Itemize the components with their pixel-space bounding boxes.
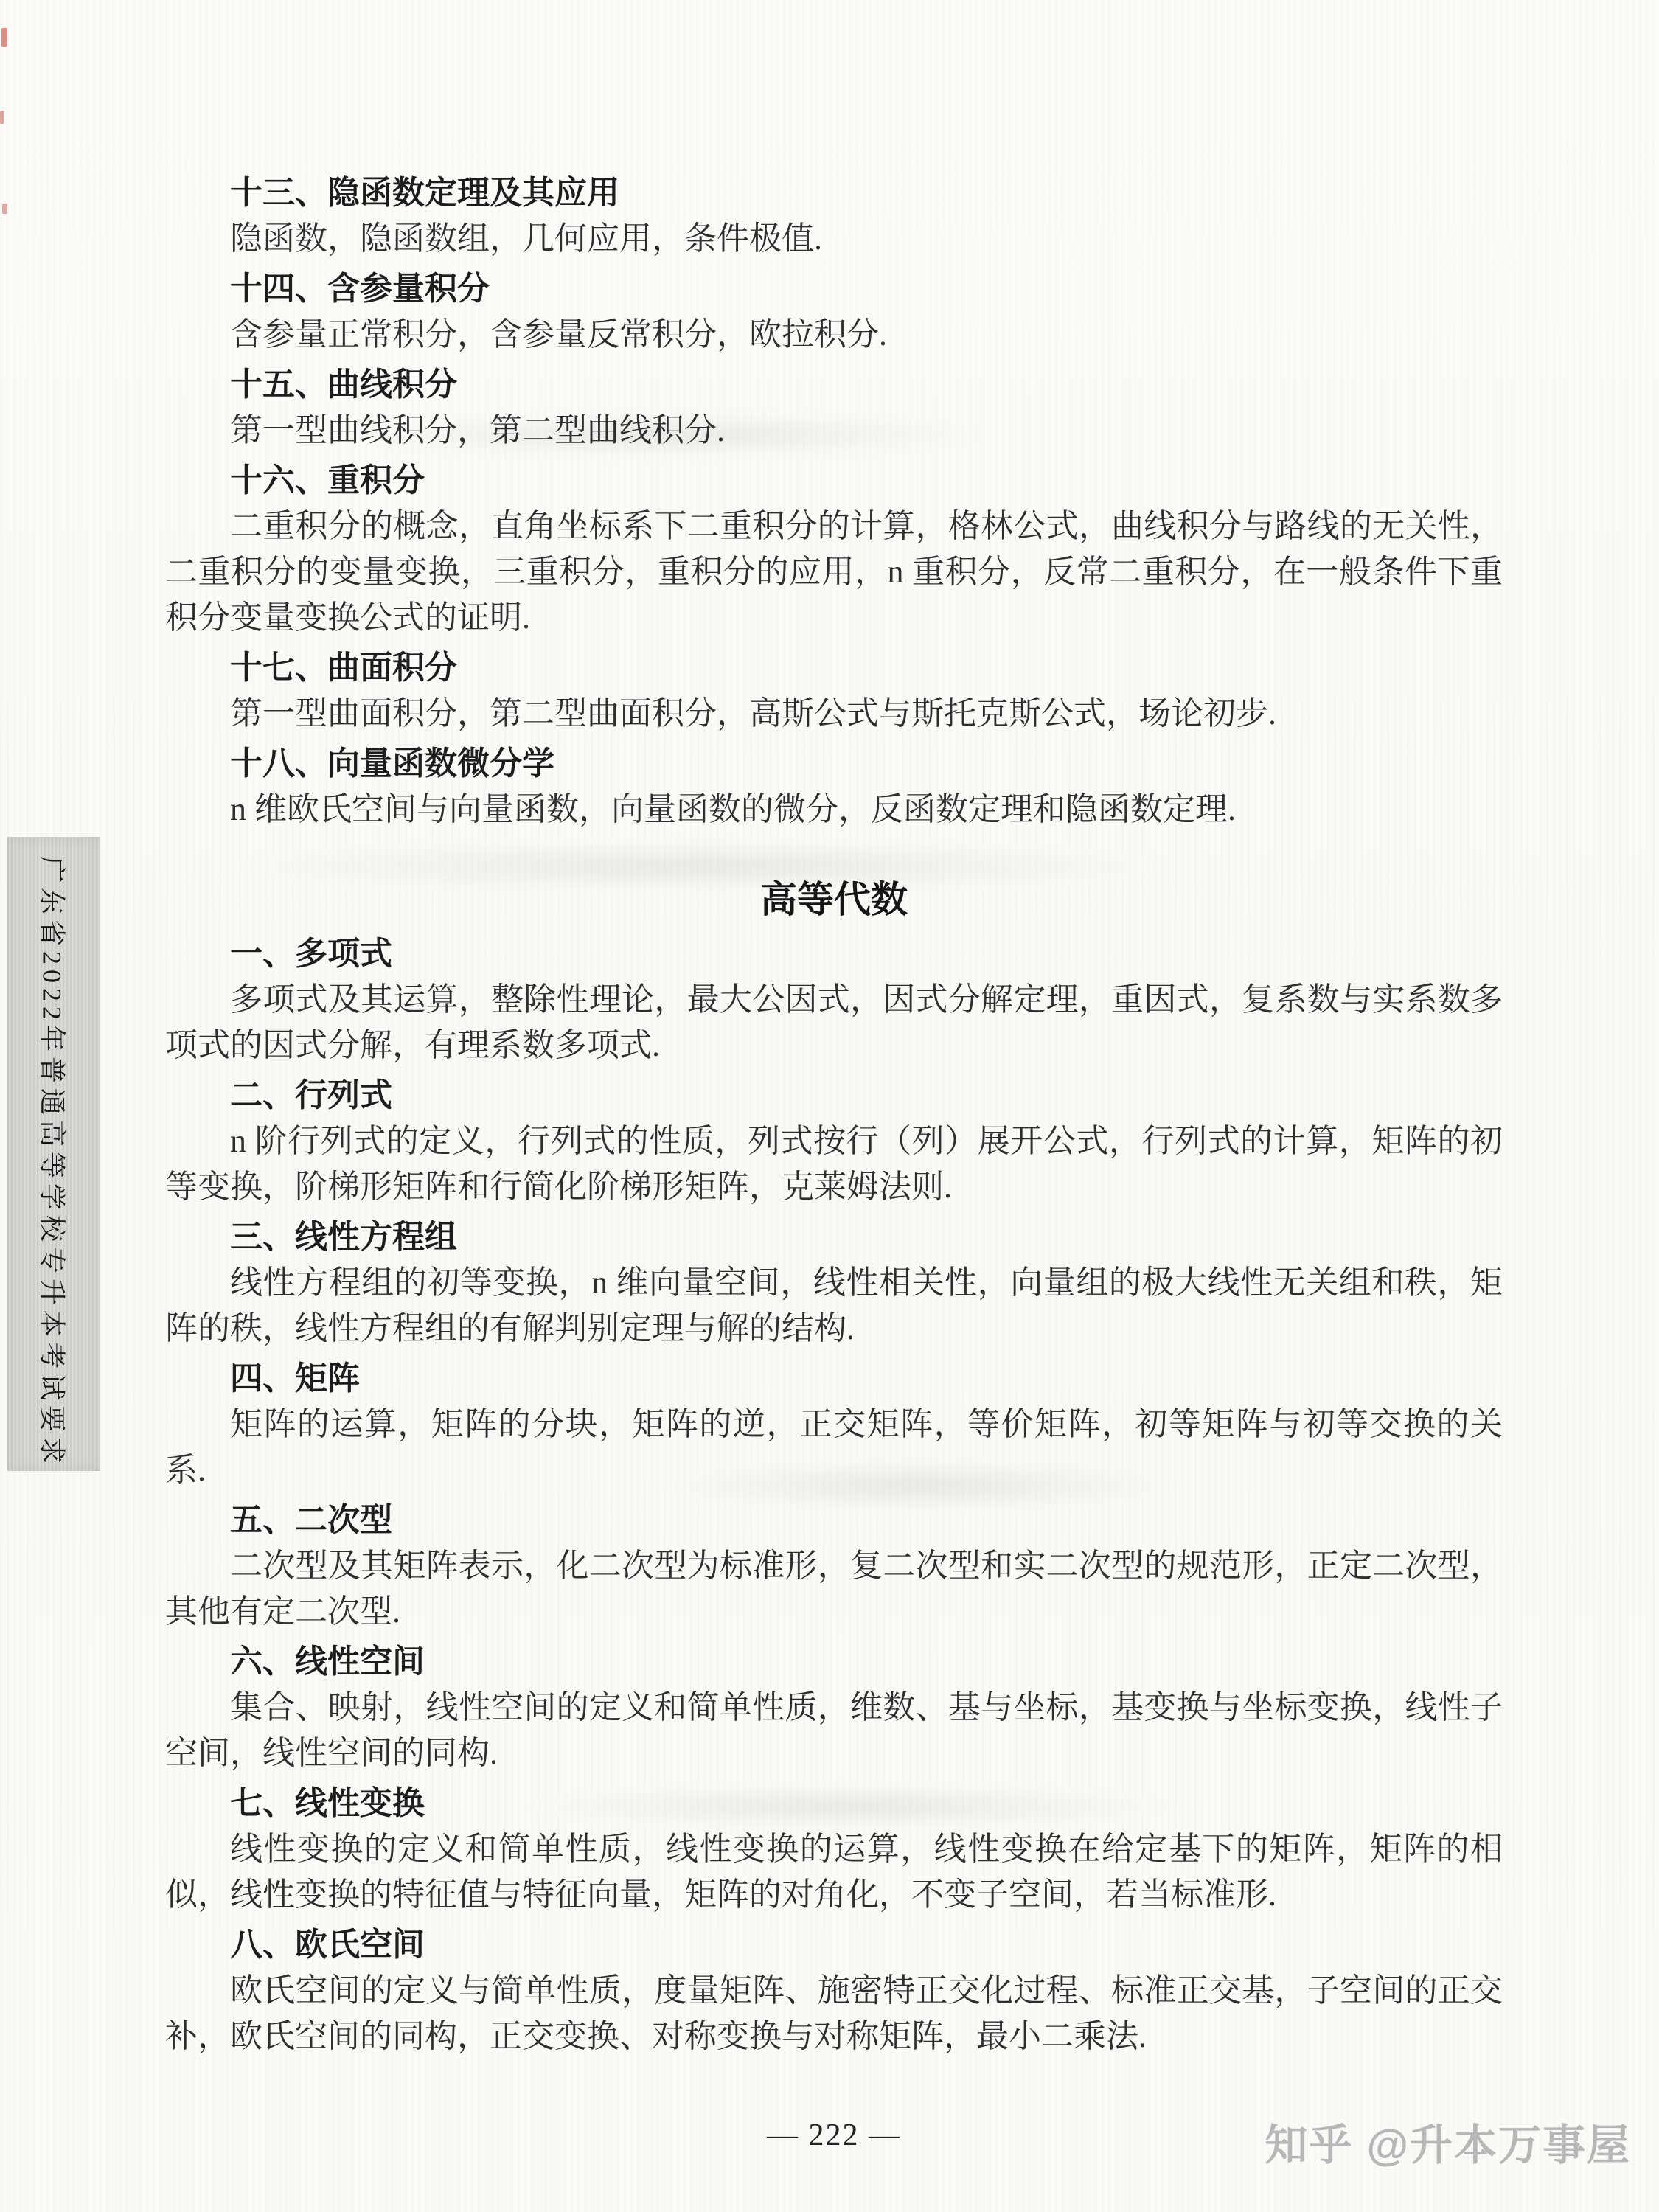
algebra-section-1: 一、多项式 多项式及其运算，整除性理论，最大公因式，因式分解定理，重因式，复系数… — [165, 931, 1503, 1068]
scanned-document-page: 广东省2022年普通高等学校专升本考试要求 十三、隐函数定理及其应用 隐函数，隐… — [0, 0, 1659, 2212]
algebra-section-8: 八、欧氏空间 欧氏空间的定义与简单性质，度量矩阵、施密特正交化过程、标准正交基，… — [165, 1922, 1503, 2059]
section-heading: 六、线性空间 — [165, 1639, 1503, 1685]
section-heading: 七、线性变换 — [165, 1781, 1503, 1826]
algebra-section-4: 四、矩阵 矩阵的运算，矩阵的分块，矩阵的逆，正交矩阵，等价矩阵，初等矩阵与初等交… — [165, 1356, 1503, 1493]
chapter-title-higher-algebra: 高等代数 — [165, 874, 1503, 925]
section-13: 十三、隐函数定理及其应用 隐函数，隐函数组，几何应用，条件极值. — [165, 170, 1503, 262]
scan-artifact-speck — [2, 204, 7, 214]
section-paragraph: 第一型曲线积分，第二型曲线积分. — [165, 408, 1503, 453]
section-paragraph: 二次型及其矩阵表示，化二次型为标准形，复二次型和实二次型的规范形，正定二次型，其… — [165, 1543, 1503, 1635]
section-heading: 十五、曲线积分 — [165, 362, 1503, 408]
section-paragraph: 多项式及其运算，整除性理论，最大公因式，因式分解定理，重因式，复系数与实系数多项… — [165, 977, 1503, 1068]
algebra-section-5: 五、二次型 二次型及其矩阵表示，化二次型为标准形，复二次型和实二次型的规范形，正… — [165, 1498, 1503, 1635]
section-paragraph: 矩阵的运算，矩阵的分块，矩阵的逆，正交矩阵，等价矩阵，初等矩阵与初等交换的关系. — [165, 1402, 1503, 1493]
algebra-section-6: 六、线性空间 集合、映射，线性空间的定义和简单性质，维数、基与坐标，基变换与坐标… — [165, 1639, 1503, 1776]
section-18: 十八、向量函数微分学 n 维欧氏空间与向量函数，向量函数的微分，反函数定理和隐函… — [165, 741, 1503, 832]
algebra-section-2: 二、行列式 n 阶行列式的定义，行列式的性质，列式按行（列）展开公式，行列式的计… — [165, 1073, 1503, 1210]
section-heading: 八、欧氏空间 — [165, 1922, 1503, 1968]
watermark-zhihu: 知乎 @升本万事屋 — [1265, 2110, 1631, 2172]
section-paragraph: 集合、映射，线性空间的定义和简单性质，维数、基与坐标，基变换与坐标变换，线性子空… — [165, 1685, 1503, 1776]
section-heading: 十六、重积分 — [165, 458, 1503, 504]
sidebar-banner-text: 广东省2022年普通高等学校专升本考试要求 — [35, 856, 73, 1471]
section-heading: 十八、向量函数微分学 — [165, 741, 1503, 787]
section-paragraph: 线性方程组的初等变换，n 维向量空间，线性相关性，向量组的极大线性无关组和秩，矩… — [165, 1260, 1503, 1352]
section-paragraph: 含参量正常积分，含参量反常积分，欧拉积分. — [165, 312, 1503, 358]
section-17: 十七、曲面积分 第一型曲面积分，第二型曲面积分，高斯公式与斯托克斯公式，场论初步… — [165, 645, 1503, 737]
section-heading: 十三、隐函数定理及其应用 — [165, 170, 1503, 216]
section-paragraph: n 维欧氏空间与向量函数，向量函数的微分，反函数定理和隐函数定理. — [165, 787, 1503, 832]
section-heading: 三、线性方程组 — [165, 1214, 1503, 1260]
section-heading: 十四、含参量积分 — [165, 266, 1503, 312]
section-heading: 四、矩阵 — [165, 1356, 1503, 1402]
sidebar-banner: 广东省2022年普通高等学校专升本考试要求 — [7, 837, 100, 1471]
section-paragraph: 隐函数，隐函数组，几何应用，条件极值. — [165, 216, 1503, 262]
algebra-section-3: 三、线性方程组 线性方程组的初等变换，n 维向量空间，线性相关性，向量组的极大线… — [165, 1214, 1503, 1352]
section-15: 十五、曲线积分 第一型曲线积分，第二型曲线积分. — [165, 362, 1503, 453]
algebra-section-7: 七、线性变换 线性变换的定义和简单性质，线性变换的运算，线性变换在给定基下的矩阵… — [165, 1781, 1503, 1918]
section-heading: 十七、曲面积分 — [165, 645, 1503, 691]
page-content: 十三、隐函数定理及其应用 隐函数，隐函数组，几何应用，条件极值. 十四、含参量积… — [165, 166, 1503, 2059]
section-16: 十六、重积分 二重积分的概念，直角坐标系下二重积分的计算，格林公式，曲线积分与路… — [165, 458, 1503, 641]
section-paragraph: 欧氏空间的定义与简单性质，度量矩阵、施密特正交化过程、标准正交基，子空间的正交补… — [165, 1968, 1503, 2059]
section-heading: 五、二次型 — [165, 1498, 1503, 1543]
section-paragraph: 第一型曲面积分，第二型曲面积分，高斯公式与斯托克斯公式，场论初步. — [165, 691, 1503, 737]
scan-artifact-speck — [0, 111, 4, 124]
section-paragraph: 二重积分的概念，直角坐标系下二重积分的计算，格林公式，曲线积分与路线的无关性，二… — [165, 504, 1503, 641]
scan-artifact-speck — [1, 28, 7, 47]
section-paragraph: n 阶行列式的定义，行列式的性质，列式按行（列）展开公式，行列式的计算，矩阵的初… — [165, 1119, 1503, 1210]
section-heading: 一、多项式 — [165, 931, 1503, 977]
section-heading: 二、行列式 — [165, 1073, 1503, 1119]
section-14: 十四、含参量积分 含参量正常积分，含参量反常积分，欧拉积分. — [165, 266, 1503, 358]
section-paragraph: 线性变换的定义和简单性质，线性变换的运算，线性变换在给定基下的矩阵，矩阵的相似，… — [165, 1826, 1503, 1918]
